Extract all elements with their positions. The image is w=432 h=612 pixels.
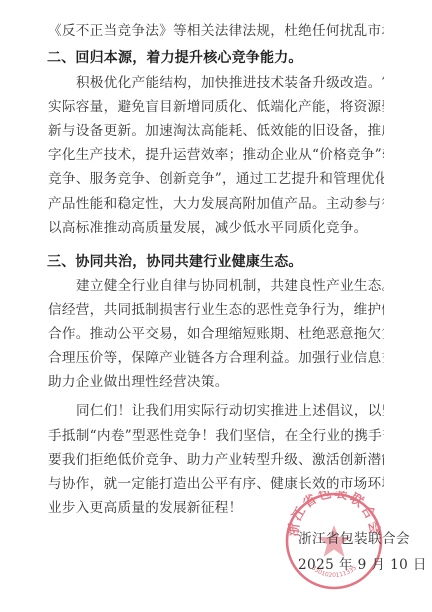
signature-date: 2025 年 9 月 10 日	[298, 557, 427, 573]
section-heading-3: 三、协同共治，协同共建行业健康生态。	[47, 254, 303, 270]
paragraph-line: 新与设备更新。加速淘汰高能耗、低效能的旧设备，推广自动化、数	[48, 123, 384, 139]
paragraph-line: 手抵制“内卷”型恶性竞争！我们坚信，在全行业的携手奋斗中，只	[48, 428, 384, 444]
paragraph-line: 以高标准推动高质量发展，减少低水平同质化竞争。	[48, 220, 384, 236]
paragraph-line: 合作。推动公平交易，如合理缩短账期、杜绝恶意拖欠货款、拒绝不	[48, 326, 384, 342]
document-page: 《反不正当竞争法》等相关法律法规，杜绝任何扰乱市场秩序的行为。 二、回归本源，着…	[0, 0, 432, 612]
paragraph-line: 实际容量，避免盲目新增同质化、低端化产能，将资源聚焦于技术创	[48, 99, 384, 115]
paragraph-line: 与协作，就一定能打造出公平有序、健康长效的市场环境，带领全行	[48, 476, 384, 492]
paragraph-line: 产品性能和稳定性，大力发展高附加值产品。主动参与行业标准制定，	[48, 196, 384, 212]
signature-organization: 浙江省包装联合会	[298, 531, 410, 547]
paragraph-line: 字化生产技术，提升运营效率；推动企业从“价格竞争”转向“质量	[48, 147, 384, 163]
paragraph-line: 合理压价等，保障产业链各方合理利益。加强行业信息交流与共享，	[48, 350, 384, 366]
paragraph-line: 同仁们！让我们用实际行动切实推进上述倡议，以坚定的决心携	[76, 403, 384, 419]
paragraph-line: 助力企业做出理性经营决策。	[48, 374, 384, 390]
paragraph-line: 要我们拒绝低价竞争、助力产业转型升级、激活创新潜能、强化自律	[48, 452, 384, 468]
paragraph-line: 信经营，共同抵制损害行业生态的恶性竞争行为，维护健康的上下游	[48, 302, 384, 318]
paragraph-line: 《反不正当竞争法》等相关法律法规，杜绝任何扰乱市场秩序的行为。	[48, 23, 384, 39]
section-heading-2: 二、回归本源，着力提升核心竞争能力。	[47, 50, 303, 66]
paragraph-line: 积极优化产能结构，加快推进技术装备升级改造。审慎研判市场	[76, 75, 384, 91]
paragraph-line: 竞争、服务竞争、创新竞争”，通过工艺提升和管理优化，不断提高	[48, 171, 384, 187]
paragraph-line: 建立健全行业自律与协同机制，共建良性产业生态。倡导企业诚	[76, 278, 384, 294]
